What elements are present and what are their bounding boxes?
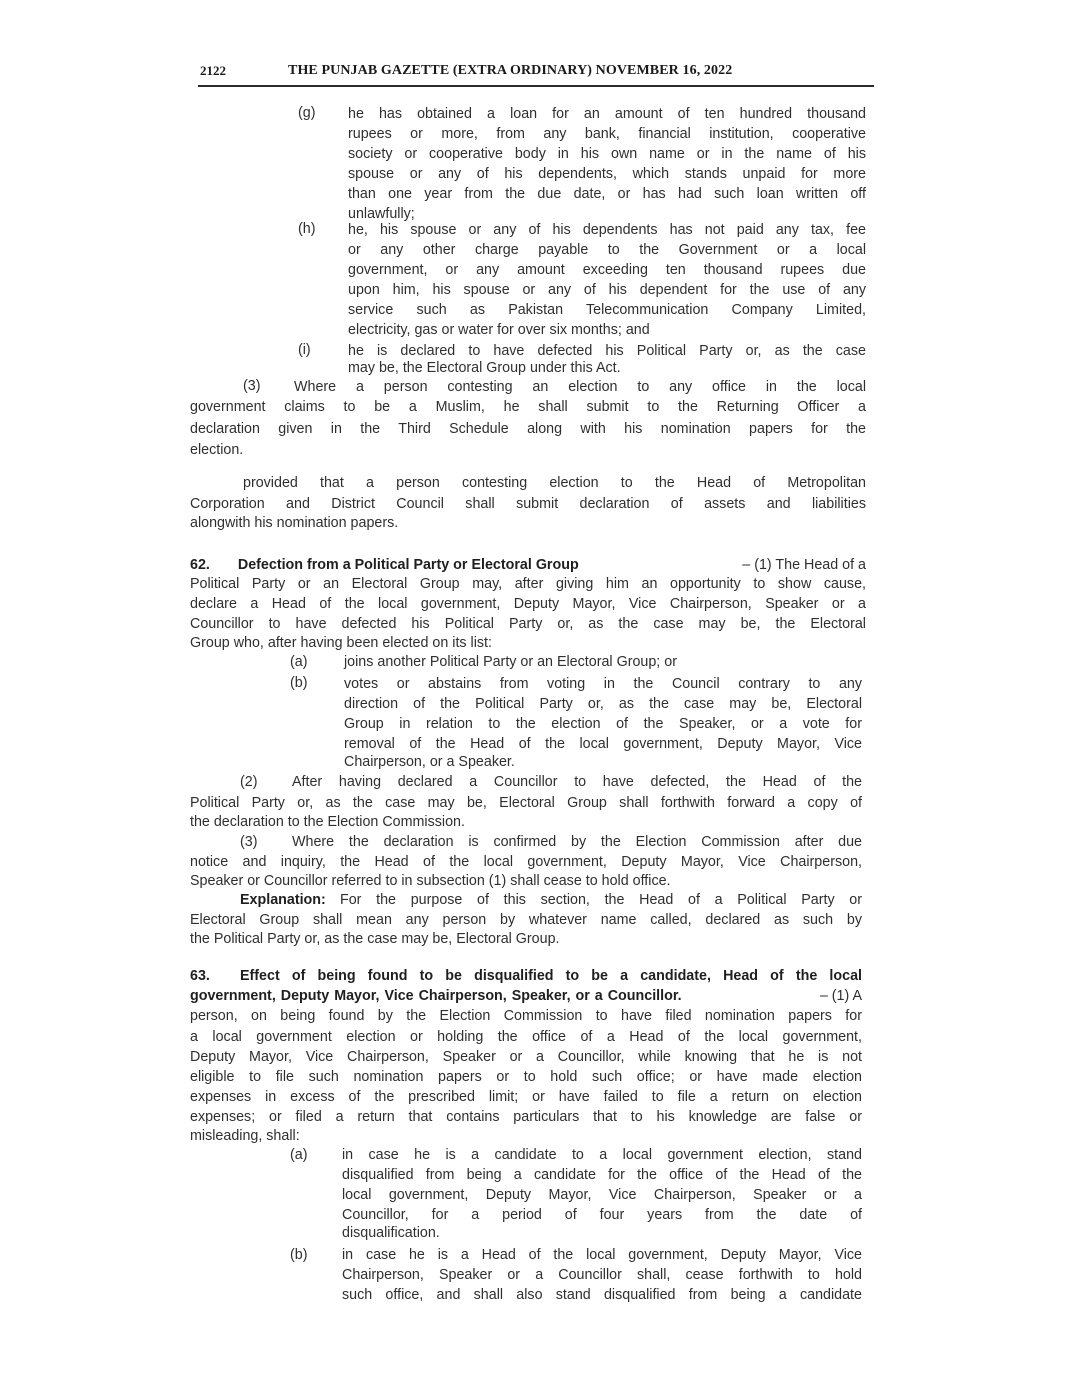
text-line: direction of the Political Party or, as … — [344, 694, 862, 714]
page-number: 2122 — [200, 63, 226, 79]
clause-label: (b) — [290, 673, 307, 693]
section-number: 63. — [190, 968, 210, 984]
text-line: Where the declaration is confirmed by th… — [292, 832, 862, 852]
page-header: 2122 THE PUNJAB GAZETTE (EXTRA ORDINARY)… — [198, 60, 874, 90]
subsection-label: (2) — [240, 772, 257, 792]
text-line: in case he is a candidate to a local gov… — [342, 1145, 862, 1165]
text-line: he has obtained a loan for an amount of … — [348, 104, 866, 124]
text-line: Chairperson, or a Speaker. — [344, 752, 515, 772]
gazette-title: THE PUNJAB GAZETTE (EXTRA ORDINARY) NOVE… — [288, 63, 732, 79]
clause-label: (a) — [290, 1145, 307, 1165]
text-line: upon him, his spouse or any of his depen… — [348, 280, 866, 300]
text-line: declaration given in the Third Schedule … — [190, 419, 866, 439]
text-line: the declaration to the Election Commissi… — [190, 812, 465, 832]
text-line: Where a person contesting an election to… — [294, 377, 866, 397]
section-number: 62. — [190, 557, 210, 573]
text-line: person, on being found by the Election C… — [190, 1006, 862, 1026]
text-line: notice and inquiry, the Head of the loca… — [190, 852, 862, 872]
section-heading-tail: – (1) The Head of a — [742, 555, 866, 575]
text-line: Group who, after having been elected on … — [190, 633, 492, 653]
text-line: eligible to file such nomination papers … — [190, 1067, 862, 1087]
header-rule — [198, 85, 874, 87]
subsection-label: (3) — [240, 832, 257, 852]
text-line: Corporation and District Council shall s… — [190, 494, 866, 514]
text-line: rupees or more, from any bank, financial… — [348, 124, 866, 144]
section-heading: 63. Effect of being found to be disquali… — [190, 966, 862, 986]
text-line: election. — [190, 440, 243, 460]
text-line: removal of the Head of the local governm… — [344, 734, 862, 754]
clause-label: (a) — [290, 652, 307, 672]
text-line: electricity, gas or water for over six m… — [348, 320, 650, 340]
clause-label: (h) — [298, 219, 315, 239]
text-line: declare a Head of the local government, … — [190, 594, 866, 614]
text-line: such office, and shall also stand disqua… — [342, 1285, 862, 1305]
text-line: in case he is a Head of the local govern… — [342, 1245, 862, 1265]
section-heading: 62.Defection from a Political Party or E… — [190, 555, 866, 575]
section-title: Effect of being found to be disqualified… — [240, 966, 862, 986]
text-line: Political Party or an Electoral Group ma… — [190, 574, 866, 594]
text-line: may be, the Electoral Group under this A… — [348, 358, 621, 378]
text-line: Councillor, for a period of four years f… — [342, 1205, 862, 1225]
text-line: Political Party or, as the case may be, … — [190, 793, 862, 813]
text-line: Group in relation to the election of the… — [344, 714, 862, 734]
text-line: expenses in excess of the prescribed lim… — [190, 1087, 862, 1107]
clause-label: (b) — [290, 1245, 307, 1265]
text-line: than one year from the due date, or has … — [348, 184, 866, 204]
text-line: provided that a person contesting electi… — [243, 473, 866, 493]
text-line: government claims to be a Muslim, he sha… — [190, 397, 866, 417]
text-line: misleading, shall: — [190, 1126, 300, 1146]
text-line: joins another Political Party or an Elec… — [344, 652, 677, 672]
text-line: Chairperson, Speaker or a Councillor sha… — [342, 1265, 862, 1285]
section-title: Defection from a Political Party or Elec… — [238, 557, 579, 573]
text-line: Electoral Group shall mean any person by… — [190, 910, 862, 930]
text-line: expenses; or filed a return that contain… — [190, 1107, 862, 1127]
text-line: government, or any amount exceeding ten … — [348, 260, 866, 280]
text-line: After having declared a Councillor to ha… — [292, 772, 862, 792]
text-line: spouse or any of his dependents, which s… — [348, 164, 866, 184]
text-line: Councillor to have defected his Politica… — [190, 614, 866, 634]
text-line: society or cooperative body in his own n… — [348, 144, 866, 164]
text-line: service such as Pakistan Telecommunicati… — [348, 300, 866, 320]
explanation-label: Explanation: — [240, 892, 326, 908]
section-heading-cont: government, Deputy Mayor, Vice Chairpers… — [190, 986, 862, 1006]
clause-label: (g) — [298, 103, 315, 123]
text-line: alongwith his nomination papers. — [190, 513, 398, 533]
clause-label: (i) — [298, 340, 311, 360]
text-line: a local government election or holding t… — [190, 1027, 862, 1047]
subsection-label: (3) — [243, 376, 260, 396]
text-line: local government, Deputy Mayor, Vice Cha… — [342, 1185, 862, 1205]
text-line: or any other charge payable to the Gover… — [348, 240, 866, 260]
text-line: Deputy Mayor, Vice Chairperson, Speaker … — [190, 1047, 862, 1067]
text-line: Speaker or Councillor referred to in sub… — [190, 871, 671, 891]
text-line: disqualification. — [342, 1223, 440, 1243]
text-line: disqualified from being a candidate for … — [342, 1165, 862, 1185]
text-line: he, his spouse or any of his dependents … — [348, 220, 866, 240]
explanation-line: Explanation: For the purpose of this sec… — [240, 890, 862, 910]
text-line: the Political Party or, as the case may … — [190, 929, 560, 949]
text-line: votes or abstains from voting in the Cou… — [344, 674, 862, 694]
section-title-cont: government, Deputy Mayor, Vice Chairpers… — [190, 988, 682, 1004]
section-heading-tail: – (1) A — [820, 986, 862, 1006]
text-line: For the purpose of this section, the Hea… — [340, 890, 862, 910]
